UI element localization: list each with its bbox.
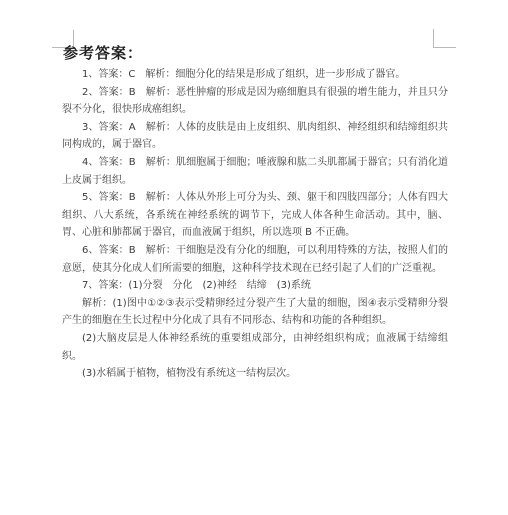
answer-paragraph-4: 4、答案：B 解析：肌细胞属于细胞；唾液腺和肱二头肌都属于器官；只有消化道上皮属…: [62, 154, 448, 189]
answer-paragraph-7: 7、答案：(1)分裂 分化 (2)神经 结缔 (3)系统: [62, 277, 448, 295]
answer-paragraph-7-part2: (2)大脑皮层是人体神经系统的重要组成部分，由神经组织构成；血液属于结缔组织。: [62, 330, 448, 365]
answers-body: 1、答案：C 解析：细胞分化的结果是形成了组织，进一步形成了器官。 2、答案：B…: [62, 66, 448, 383]
answer-paragraph-6: 6、答案：B 解析：干细胞是没有分化的细胞，可以利用特殊的方法，按照人们的意愿，…: [62, 242, 448, 277]
answer-paragraph-1: 1、答案：C 解析：细胞分化的结果是形成了组织，进一步形成了器官。: [62, 66, 448, 84]
answer-paragraph-5: 5、答案：B 解析：人体从外形上可分为头、颈、躯干和四肢四部分；人体有四大组织、…: [62, 189, 448, 242]
page-title: 参考答案：: [63, 42, 143, 63]
answer-paragraph-7-part3: (3)水稻属于植物，植物没有系统这一结构层次。: [62, 365, 448, 383]
answer-paragraph-2: 2、答案：B 解析：恶性肿瘤的形成是因为癌细胞具有很强的增生能力，并且只分裂不分…: [62, 84, 448, 119]
margin-crop-mark-top-right: [433, 29, 456, 48]
answer-paragraph-7-analysis: 解析：(1)图中①②③表示受精卵经过分裂产生了大量的细胞，图④表示受精卵分裂产生…: [62, 295, 448, 330]
answer-paragraph-3: 3、答案：A 解析：人体的皮肤是由上皮组织、肌肉组织、神经组织和结缔组织共同构成…: [62, 119, 448, 154]
document-page: 参考答案： 1、答案：C 解析：细胞分化的结果是形成了组织，进一步形成了器官。 …: [0, 0, 508, 515]
